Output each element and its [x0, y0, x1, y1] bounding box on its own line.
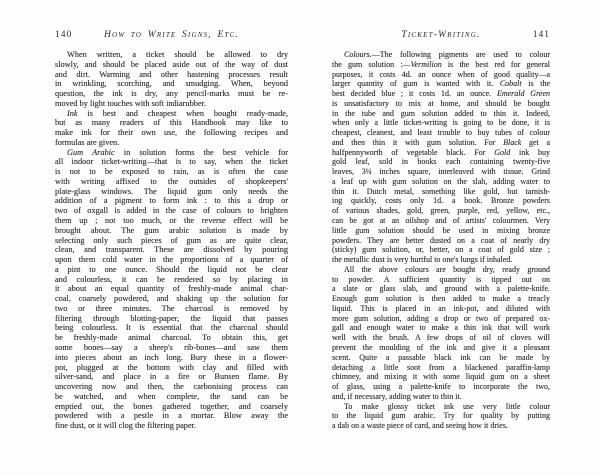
text-line: be watched, and when complete, the sand … [55, 392, 288, 402]
text-line: Colours.—The following pigments are used… [332, 50, 550, 60]
text-line: the gum solution :—Vermilion is the best… [332, 60, 550, 70]
text-line: brought about. The gum arabic solution i… [55, 226, 288, 236]
page-right-text-block: Colours.—The following pigments are used… [332, 50, 550, 431]
text-line: gall and enough water to make a thin ink… [332, 323, 550, 333]
page-right-header: Ticket-Writing. 141 [332, 30, 550, 44]
text-line: to powder. A sufficient quantity is tipp… [332, 275, 550, 285]
text-line: uncovering now and then, the carbonising… [55, 382, 288, 392]
book-spread: 140 How to Write Signs, Etc. When writte… [0, 0, 600, 475]
text-line: them up ; not too much, or the reverse e… [55, 216, 288, 226]
text-line: in wrinkling, scorching, and smudging. W… [55, 79, 288, 89]
text-line: pot, plugged at the bottom with clay and… [55, 363, 288, 373]
text-line: halfpennyworth of vegetable black. For G… [332, 148, 550, 158]
text-line: powders. They are better dusted on a coa… [332, 236, 550, 246]
text-line: more gum solution, adding a drop or two … [332, 314, 550, 324]
text-line: into pieces about an inch long. Bury the… [55, 353, 288, 363]
text-line: to the liquid gum arabic. Try for qualit… [332, 411, 550, 421]
page-number-left: 140 [55, 30, 72, 40]
text-line: purposes, it costs 4d. an ounce when of … [332, 70, 550, 80]
text-line: in the tube and gum solution added to th… [332, 109, 550, 119]
text-line: All the above colours are bought dry, re… [332, 265, 550, 275]
text-line: of various shades, gold, green, purple, … [332, 206, 550, 216]
text-line: two of oxgall is added in the case of co… [55, 206, 288, 216]
paragraph: Colours.—The following pigments are used… [332, 50, 550, 265]
text-line: chimney, and mixing it with some liquid … [332, 372, 550, 382]
page-left: 140 How to Write Signs, Etc. When writte… [55, 30, 288, 431]
text-line: scent. Quite a passable black ink can be… [332, 353, 550, 363]
text-line: silver-sand, and place in a fire or Buns… [55, 372, 288, 382]
text-line: clean, and transparent. These are dissol… [55, 245, 288, 255]
page-right: Ticket-Writing. 141 Colours.—The followi… [332, 30, 550, 431]
text-line: and colourless, it can be rendered so by… [55, 275, 288, 285]
text-line: a slate or glass slab, and ground with a… [332, 284, 550, 294]
paragraph: When written, a ticket should be allowed… [55, 50, 288, 109]
text-line: but as many readers of this Handbook may… [55, 118, 288, 128]
text-line: coal, coarsely powdered, and shaking up … [55, 294, 288, 304]
text-line: it about an equal quantity of freshly-ma… [55, 284, 288, 294]
text-line: all indoor ticket-writing—that is to say… [55, 157, 288, 167]
text-line: be freshly-made animal charcoal. To obta… [55, 333, 288, 343]
text-line: gold leaf, sold in books each containing… [332, 157, 550, 167]
text-line: ing quickly, costs only 1d. a book. Bron… [332, 196, 550, 206]
text-line: formulas are given. [55, 138, 288, 148]
paragraph: All the above colours are bought dry, re… [332, 265, 550, 402]
text-line: Gum Arabic in solution forms the best ve… [55, 148, 288, 158]
paragraph: Gum Arabic in solution forms the best ve… [55, 148, 288, 431]
text-line: two or three minutes. The charcoal is re… [55, 304, 288, 314]
text-line: is unsatisfactory to mix at home, and sh… [332, 99, 550, 109]
text-line: question, the ink is dry, any pencil-mar… [55, 89, 288, 99]
text-line: plate-glass windows. The liquid gum only… [55, 187, 288, 197]
text-line: Enough gum solution is then added to mak… [332, 294, 550, 304]
text-line: When written, a ticket should be allowed… [55, 50, 288, 60]
text-line: Ink is best and cheapest when bought rea… [55, 109, 288, 119]
text-line: leaves, 3¼ inches square, interleaved wi… [332, 167, 550, 177]
running-title-left: How to Write Signs, Etc. [55, 30, 288, 40]
paragraph: Ink is best and cheapest when bought rea… [55, 109, 288, 148]
text-line: larger quantity of gum is wanted with it… [332, 79, 550, 89]
text-line: is not to be exposed to rain, as is ofte… [55, 167, 288, 177]
text-line: prevent the moulding of the ink and give… [332, 343, 550, 353]
text-line: a pint to one ounce. Should the liquid n… [55, 265, 288, 275]
text-line: To make glossy ticket ink use very littl… [332, 402, 550, 412]
text-line: detaching a little soot from a blackened… [332, 363, 550, 373]
text-line: fine dust, or it will clog the filtering… [55, 421, 288, 431]
text-line: with writing affixed to the outsides of … [55, 177, 288, 187]
text-line: slowly, and should be placed aside out o… [55, 60, 288, 70]
text-line: filtering through blotting-paper, the li… [55, 314, 288, 324]
text-line: (sticky) gum solution, or, better, on a … [332, 245, 550, 255]
text-line: and then thin it with gum solution. For … [332, 138, 550, 148]
running-title-right: Ticket-Writing. [332, 30, 550, 40]
text-line: a leaf up with gum solution on the slab,… [332, 177, 550, 187]
text-line: liquid. This is placed in an ink-pot, an… [332, 304, 550, 314]
text-line: powdered with a pestle in a mortar. Blow… [55, 411, 288, 421]
text-line: cheapest, cleanest, and least trouble to… [332, 128, 550, 138]
text-line: upon them cold water in the proportions … [55, 255, 288, 265]
text-line: best decided blue ; it costs 1d. an ounc… [332, 89, 550, 99]
text-line: when only a little ticket-writing is goi… [332, 118, 550, 128]
text-line: a dab on a waste piece of card, and seei… [332, 421, 550, 431]
text-line: well with the brush. A few drops of oil … [332, 333, 550, 343]
text-line: can be got at an oilshop and of artists'… [332, 216, 550, 226]
text-line: some bones—say a sheep's rib-bones—and s… [55, 343, 288, 353]
text-line: make ink for their own use, the followin… [55, 128, 288, 138]
text-line: and dirt. Warming and other hastening pr… [55, 70, 288, 80]
paragraph: To make glossy ticket ink use very littl… [332, 402, 550, 431]
page-left-text-block: When written, a ticket should be allowed… [55, 50, 288, 431]
page-left-header: 140 How to Write Signs, Etc. [55, 30, 288, 44]
text-line: addition of a pigment to form ink : to t… [55, 196, 288, 206]
text-line: and, if necessary, adding water to thin … [332, 392, 550, 402]
text-line: of glass, using a palette-knife to incor… [332, 382, 550, 392]
text-line: emptied out, the bones gathered together… [55, 402, 288, 412]
text-line: moved by light touches with soft indiaru… [55, 99, 288, 109]
page-number-right: 141 [533, 30, 550, 40]
text-line: the metallic dust is very hurtful to one… [332, 255, 550, 265]
text-line: thin it. Dutch metal, something like gol… [332, 187, 550, 197]
text-line: little gum solution should be used in mi… [332, 226, 550, 236]
text-line: selecting only such pieces of gum as are… [55, 236, 288, 246]
text-line: being colourless. It is essential that t… [55, 323, 288, 333]
